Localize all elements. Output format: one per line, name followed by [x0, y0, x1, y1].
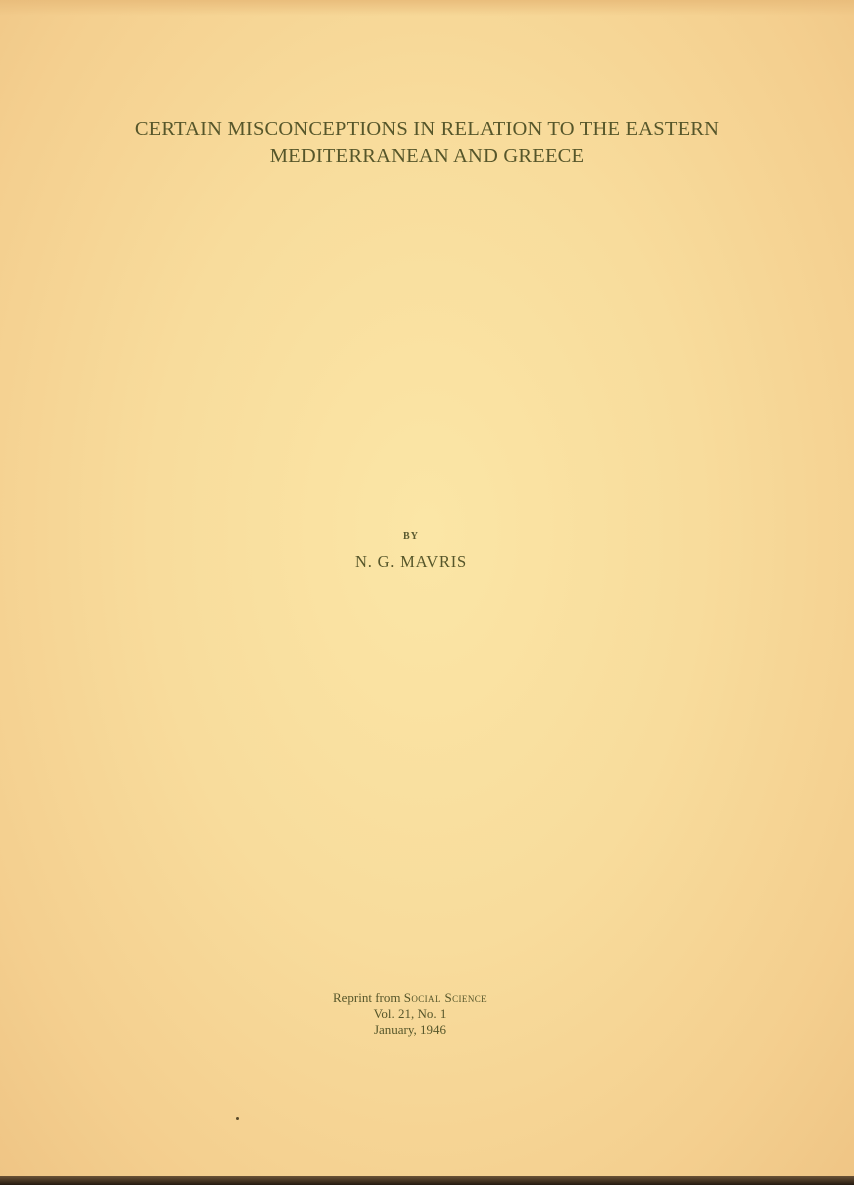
top-edge-band: [0, 0, 854, 16]
reprint-volume: Vol. 21, No. 1: [0, 1006, 820, 1022]
title-line-1: CERTAIN MISCONCEPTIONS IN RELATION TO TH…: [0, 116, 854, 143]
author-name: N. G. MAVRIS: [0, 552, 822, 572]
title-line-2: MEDITERRANEAN AND GREECE: [0, 143, 854, 170]
reprint-info: Reprint from Social Science Vol. 21, No.…: [0, 990, 820, 1038]
reprint-date: January, 1946: [0, 1022, 820, 1038]
bottom-edge-shadow: [0, 1176, 854, 1185]
paper-speck: [236, 1117, 239, 1120]
document-title: CERTAIN MISCONCEPTIONS IN RELATION TO TH…: [0, 116, 854, 170]
reprint-source: Reprint from Social Science: [0, 990, 820, 1006]
document-cover: CERTAIN MISCONCEPTIONS IN RELATION TO TH…: [0, 0, 854, 1178]
journal-name: Social Science: [404, 990, 487, 1005]
reprint-prefix: Reprint from: [333, 990, 404, 1005]
byline-label: BY: [0, 531, 822, 542]
